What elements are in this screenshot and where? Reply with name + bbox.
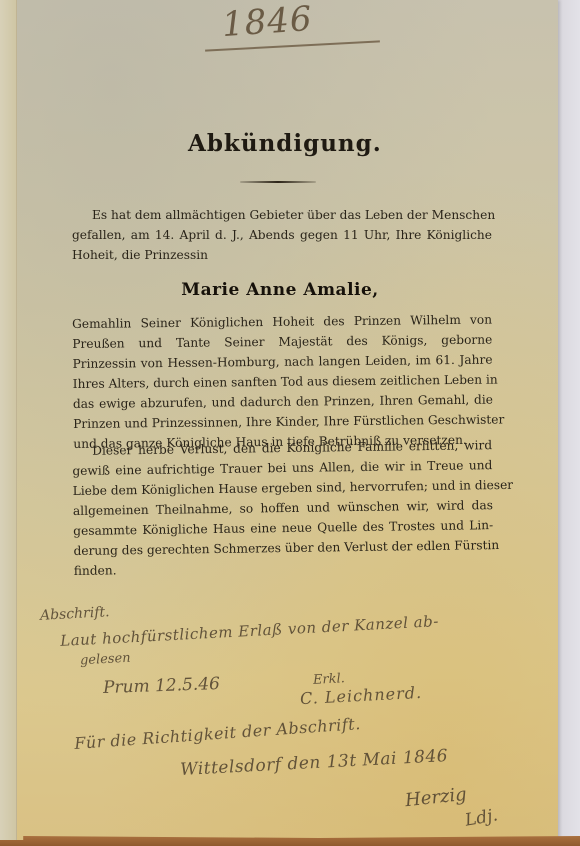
handwritten-note-erkl: Erkl. <box>313 671 346 688</box>
text-line: Hoheit, die Prinzessin <box>72 245 492 265</box>
background-surface <box>556 0 580 846</box>
paragraph-announcement: Es hat dem allmächtigen Gebieter über da… <box>72 205 492 265</box>
paper-left-edge <box>0 0 17 846</box>
handwritten-note-place-date: Prum 12.5.46 <box>103 674 221 698</box>
paragraph-details: Gemahlin Seiner Königlichen Hoheit des P… <box>72 310 493 454</box>
document-title: Abkündigung. <box>188 130 368 157</box>
title-divider <box>240 181 316 183</box>
text-line: gefallen, am 14. April d. J., Abends geg… <box>72 225 492 245</box>
princess-name: Marie Anne Amalie, <box>170 280 390 300</box>
handwritten-note-gelesen: gelesen <box>80 651 131 669</box>
text-line: Es hat dem allmächtigen Gebieter über da… <box>72 205 492 225</box>
document-photo: 1846 Abkündigung. Es hat dem allmächtige… <box>0 0 580 846</box>
paragraph-mourning: Dieser herbe Verlust, den die Königliche… <box>72 435 494 581</box>
handwritten-year-annotation: 1846 <box>221 0 314 45</box>
